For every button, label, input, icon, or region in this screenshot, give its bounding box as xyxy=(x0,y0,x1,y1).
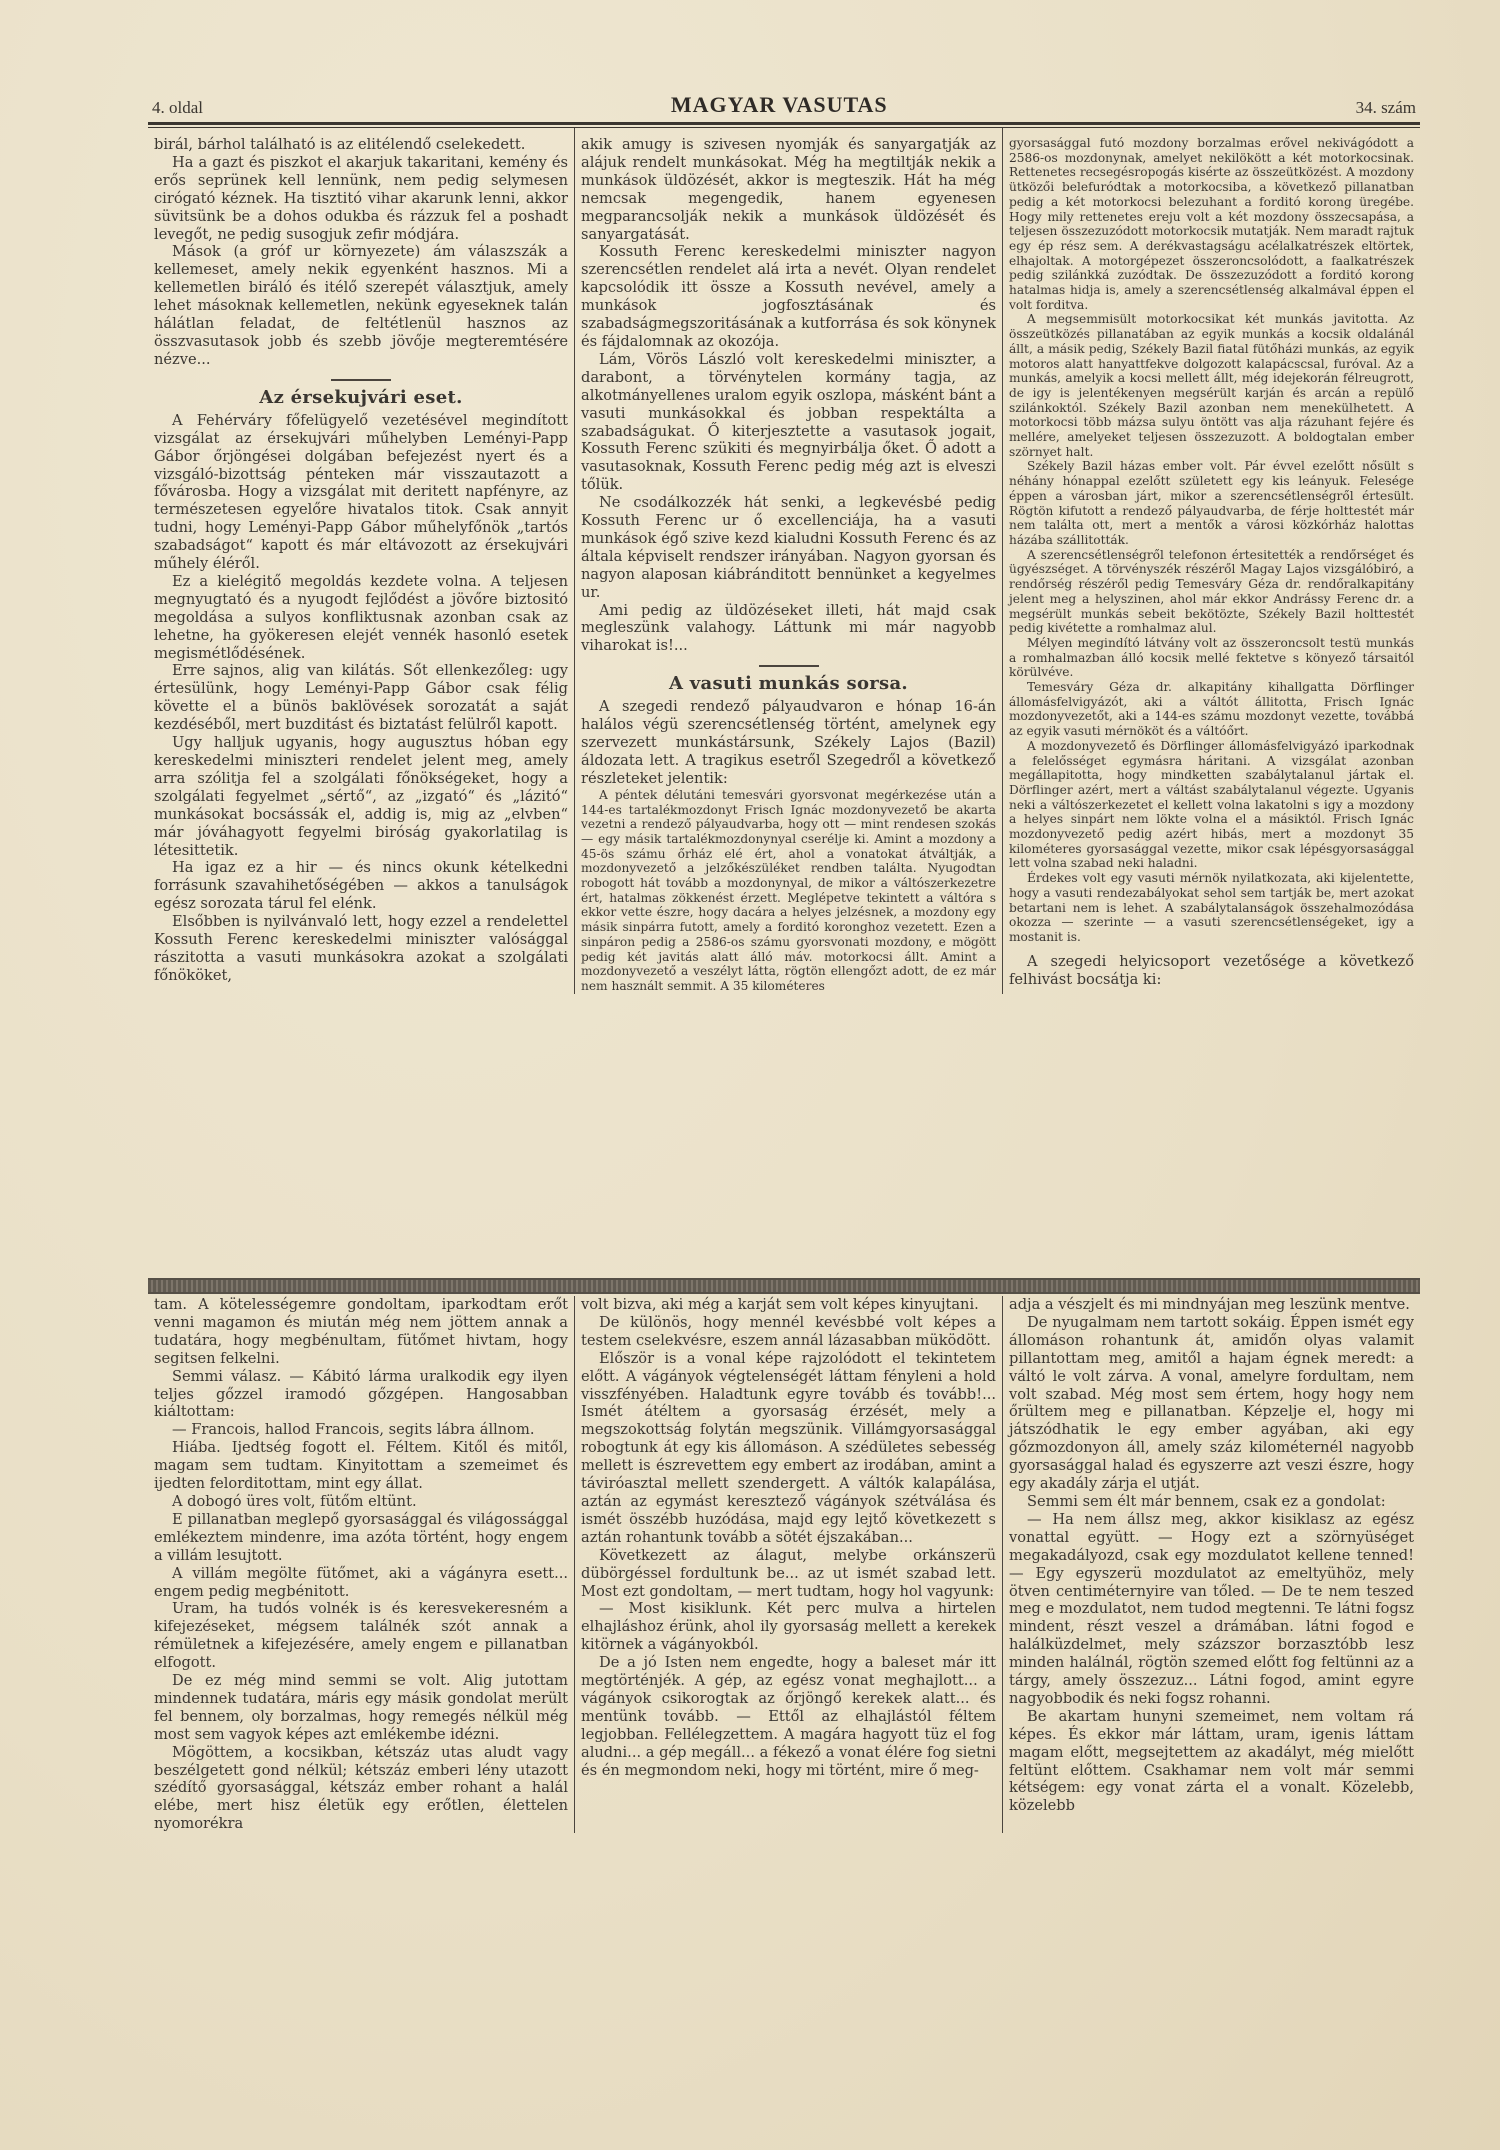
paragraph: Ami pedig az üldözéseket illeti, hát maj… xyxy=(581,602,996,656)
paragraph: Ne csodálkozzék hát senki, a legkevésbé … xyxy=(581,494,996,601)
masthead: 4. oldal MAGYAR VASUTAS 34. szám xyxy=(148,92,1420,118)
paragraph: gyorsasággal futó mozdony borzalmas erőv… xyxy=(1009,136,1414,312)
paragraph: volt bizva, aki még a karját sem volt ké… xyxy=(581,1296,996,1314)
paragraph: De nyugalmam nem tartott sokáig. Éppen i… xyxy=(1009,1314,1414,1493)
paragraph: Erre sajnos, alig van kilátás. Sőt ellen… xyxy=(154,662,568,734)
newspaper-title: MAGYAR VASUTAS xyxy=(671,92,888,118)
newspaper-page: 4. oldal MAGYAR VASUTAS 34. szám birál, … xyxy=(148,92,1420,994)
paragraph: — Most kisiklunk. Két perc mulva a hirte… xyxy=(581,1600,996,1654)
column-1: birál, bárhol található is az elitélendő… xyxy=(148,128,574,994)
paragraph: Be akartam hunyni szemeimet, nem voltam … xyxy=(1009,1708,1414,1815)
paragraph: De ez még mind semmi se volt. Alig jutot… xyxy=(154,1672,568,1744)
paragraph: Ez a kielégitő megoldás kezdete volna. A… xyxy=(154,573,568,663)
report-smalltype: A péntek délutáni temesvári gyorsvonat m… xyxy=(581,788,996,994)
paragraph: A villám megölte fütőmet, aki a vágányra… xyxy=(154,1565,568,1601)
paragraph: A Fehérváry főfelügyelő vezetésével megi… xyxy=(154,412,568,573)
paragraph: Mások (a gróf ur környezete) ám válaszsz… xyxy=(154,243,568,368)
paragraph: De különös, hogy mennél kevésbbé volt ké… xyxy=(581,1314,996,1350)
bottom-column-2: volt bizva, aki még a karját sem volt ké… xyxy=(574,1296,1002,1833)
paragraph: Mögöttem, a kocsikban, kétszáz utas alud… xyxy=(154,1744,568,1834)
article-headline: Az érsekujvári eset. xyxy=(154,387,568,408)
paragraph: Ha igaz ez a hir — és nincs okunk kételk… xyxy=(154,859,568,913)
paragraph: adja a vészjelt és mi mindnyájan meg les… xyxy=(1009,1296,1414,1314)
bottom-column-1: tam. A kötelességemre gondoltam, iparkod… xyxy=(148,1296,574,1833)
page-number: 4. oldal xyxy=(152,98,203,118)
paragraph: Ugy halljuk ugyanis, hogy augusztus hóba… xyxy=(154,734,568,859)
paragraph: Ha a gazt és piszkot el akarjuk takarita… xyxy=(154,154,568,244)
paragraph: A dobogó üres volt, fütőm eltünt. xyxy=(154,1493,568,1511)
report-smalltype: gyorsasággal futó mozdony borzalmas erőv… xyxy=(1009,136,1414,945)
paragraph: birál, bárhol található is az elitélendő… xyxy=(154,136,568,154)
paragraph: Először is a vonal képe rajzolódott el t… xyxy=(581,1350,996,1547)
paragraph: Székely Bazil házas ember volt. Pár évve… xyxy=(1009,459,1414,547)
paragraph: akik amugy is szivesen nyomják és sanyar… xyxy=(581,136,996,243)
paragraph: A péntek délutáni temesvári gyorsvonat m… xyxy=(581,788,996,994)
paragraph: tam. A kötelességemre gondoltam, iparkod… xyxy=(154,1296,568,1368)
article-headline: A vasuti munkás sorsa. xyxy=(581,673,996,694)
paragraph: A szegedi rendező pályaudvaron e hónap 1… xyxy=(581,698,996,788)
paragraph: — Francois, hallod Francois, segits lábr… xyxy=(154,1421,568,1439)
paragraph: Lám, Vörös László volt kereskedelmi mini… xyxy=(581,351,996,494)
issue-number: 34. szám xyxy=(1356,98,1416,118)
section-divider xyxy=(331,379,391,381)
section-divider xyxy=(759,665,819,667)
paragraph: Semmi válasz. — Kábitó lárma uralkodik e… xyxy=(154,1368,568,1422)
paragraph: A szerencsétlenségről telefonon értesite… xyxy=(1009,548,1414,636)
paragraph: Érdekes volt egy vasuti mérnök nyilatkoz… xyxy=(1009,871,1414,945)
paragraph: A szegedi helyicsoport vezetősége a köve… xyxy=(1009,953,1414,989)
paragraph: A megsemmisült motorkocsikat két munkás … xyxy=(1009,312,1414,459)
column-2: akik amugy is szivesen nyomják és sanyar… xyxy=(574,128,1002,994)
paragraph: — Ha nem állsz meg, akkor kisiklasz az e… xyxy=(1009,1511,1414,1708)
bottom-column-3: adja a vészjelt és mi mindnyájan meg les… xyxy=(1002,1296,1420,1833)
paragraph: Semmi sem élt már bennem, csak ez a gond… xyxy=(1009,1493,1414,1511)
paragraph: E pillanatban meglepő gyorsasággal és vi… xyxy=(154,1511,568,1565)
paragraph: Uram, ha tudós volnék is és keresvekeres… xyxy=(154,1600,568,1672)
feuilleton-divider xyxy=(148,1278,1420,1294)
bottom-section: tam. A kötelességemre gondoltam, iparkod… xyxy=(148,1296,1420,1833)
paragraph: Következett az álagut, melybe orkánszerü… xyxy=(581,1547,996,1601)
paragraph: Hiába. Ijedtség fogott el. Féltem. Kitől… xyxy=(154,1439,568,1493)
paragraph: Elsőbben is nyilvánvaló lett, hogy ezzel… xyxy=(154,913,568,985)
paragraph: A mozdonyvezető és Dörflinger állomásfel… xyxy=(1009,739,1414,871)
top-section: birál, bárhol található is az elitélendő… xyxy=(148,128,1420,994)
column-3: gyorsasággal futó mozdony borzalmas erőv… xyxy=(1002,128,1420,994)
paragraph: Mélyen megindító látvány volt az összero… xyxy=(1009,636,1414,680)
paragraph: Kossuth Ferenc kereskedelmi miniszter na… xyxy=(581,243,996,350)
paragraph: De a jó Isten nem engedte, hogy a balese… xyxy=(581,1654,996,1779)
paragraph: Temesváry Géza dr. alkapitány kihallgatt… xyxy=(1009,680,1414,739)
